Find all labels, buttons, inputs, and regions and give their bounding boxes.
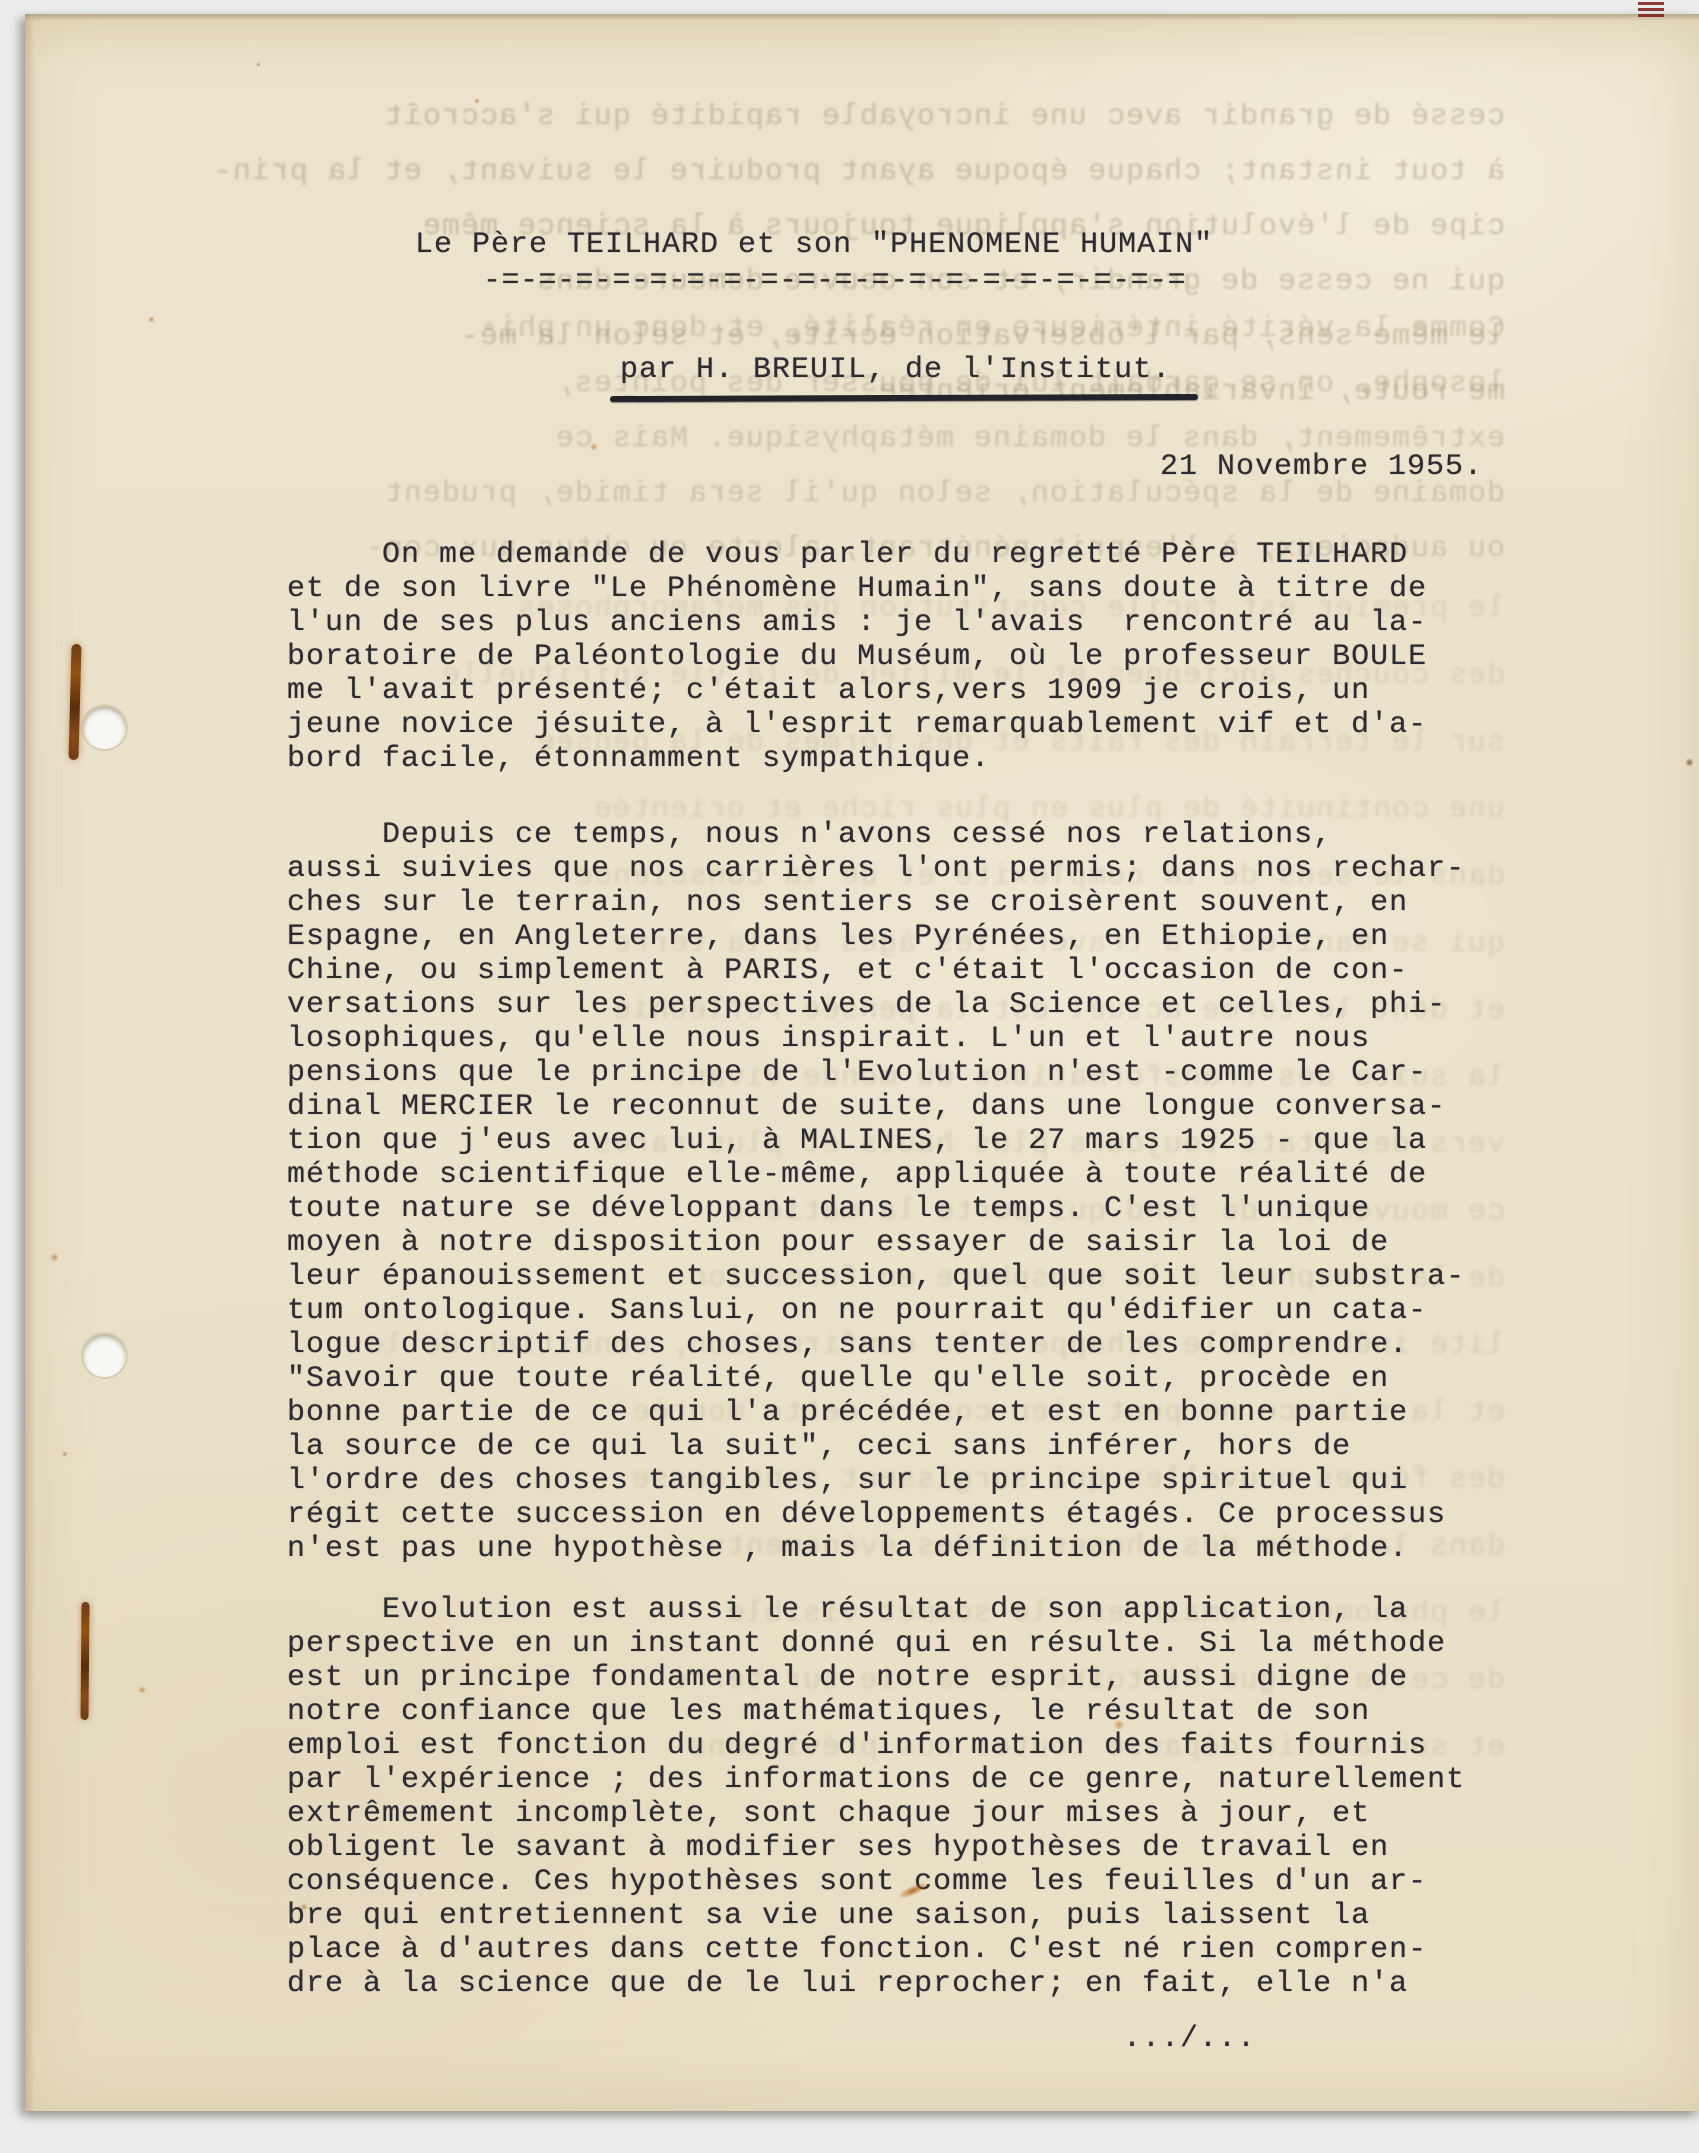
foxing-spot — [300, 1903, 308, 1911]
foxing-spot — [1113, 1720, 1125, 1730]
edge-speck — [1685, 758, 1694, 767]
document-date: 21 Novembre 1955. — [1160, 450, 1483, 484]
scan-background: cessé de grandir avec une incroyable rap… — [0, 0, 1699, 2153]
punch-hole-bottom — [83, 1334, 126, 1377]
punch-hole-top — [83, 706, 126, 749]
foxing-spot — [590, 443, 598, 451]
foxing-spot — [50, 1253, 59, 1262]
corner-red-mark — [1638, 2, 1664, 17]
rusty-staple-bottom — [80, 1602, 89, 1720]
paragraph-1: On me demande de vous parler du regretté… — [287, 538, 1427, 776]
foxing-spot — [256, 62, 261, 67]
continuation-mark: .../... — [1123, 2022, 1256, 2056]
byline: par H. BREUIL, de l'Institut. — [620, 353, 1171, 387]
title-underline: -=-=-=-=-=-=-=-=-=-=-=-=-=-=-=-=-=-=-= — [483, 264, 1186, 298]
document-title: Le Père TEILHARD et son "PHENOMENE HUMAI… — [415, 228, 1213, 262]
foxing-spot — [148, 316, 155, 323]
rusty-staple-top — [68, 644, 81, 760]
foxing-spot — [474, 98, 480, 104]
bleedthrough-text-mid: Comme la vérité intérieure en réalité, e… — [245, 302, 1505, 577]
paragraph-3: Evolution est aussi le résultat de son a… — [287, 1593, 1465, 2001]
paragraph-2: Depuis ce temps, nous n'avons cessé nos … — [287, 818, 1465, 1566]
foxing-spot — [62, 1451, 68, 1457]
foxing-spot — [138, 1686, 146, 1694]
document-page: cessé de grandir avec une incroyable rap… — [25, 14, 1699, 2111]
